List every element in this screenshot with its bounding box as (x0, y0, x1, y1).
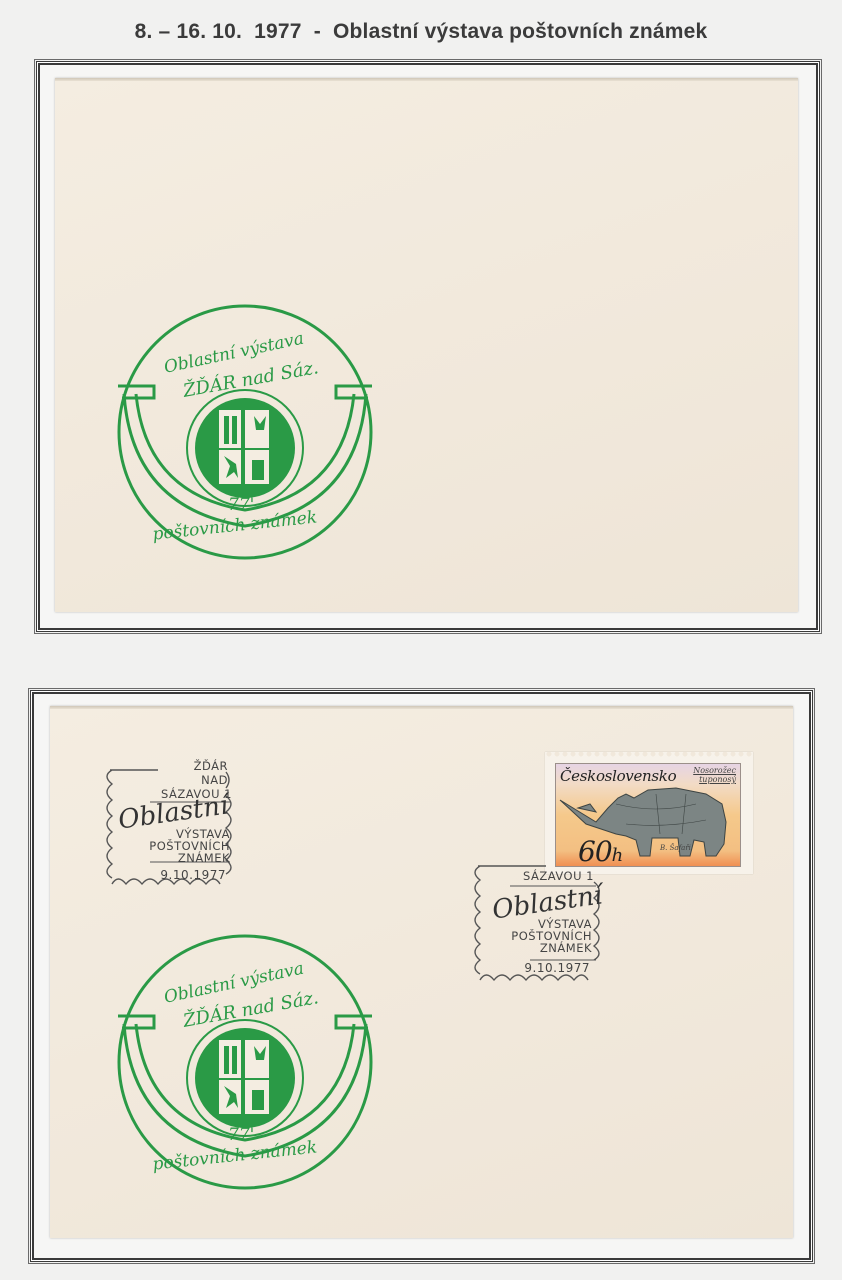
envelope-flap-edge (55, 78, 798, 81)
postmark-office-line: SÁZAVOU 1 (523, 870, 594, 883)
postmark-date: 9.10.1977 (524, 962, 590, 975)
stamp-artist: B. Šafaři (660, 844, 691, 852)
svg-text:77': 77' (228, 1125, 254, 1145)
postmark-date: 9.10.1977 (160, 869, 226, 882)
commemorative-postmark-2: SÁZAVOU 1 Oblastní VÝSTAVA POŠTOVNÍCH ZN… (466, 852, 606, 992)
svg-text:77': 77' (228, 495, 254, 515)
green-cachet-2: Oblastní výstava ŽĎÁR nad Sáz. 77' pošto… (114, 928, 376, 1190)
commemorative-postmark-1: ŽĎÁR NAD SÁZAVOU 1 Oblastní VÝSTAVA POŠT… (98, 756, 238, 896)
page-title: 8. – 16. 10. 1977 - Oblastní výstava poš… (0, 20, 842, 44)
postmark-office-line: ŽĎÁR (194, 760, 228, 773)
postmark-text-line: ZNÁMEK (540, 942, 592, 955)
postmark-text-line: ZNÁMEK (178, 852, 230, 865)
green-cachet-1: Oblastní výstava ŽĎÁR nad Sáz. 77' pošto… (114, 298, 376, 560)
posthorn-icon: Oblastní výstava ŽĎÁR nad Sáz. 77' pošto… (114, 298, 376, 560)
postmark-office-line: NAD (201, 774, 228, 787)
envelope-flap-edge (50, 706, 793, 709)
posthorn-icon: Oblastní výstava ŽĎÁR nad Sáz. 77' pošto… (114, 928, 376, 1190)
